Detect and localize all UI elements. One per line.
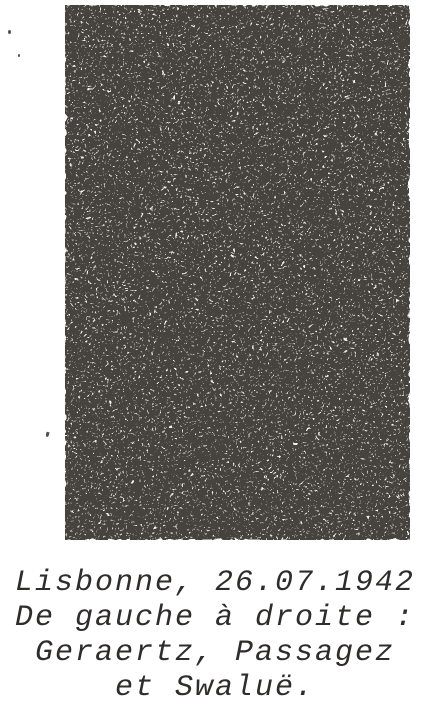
caption-line-names-2: et Swaluë. — [0, 671, 430, 706]
caption-line-left-to-right: De gauche à droite : — [0, 601, 430, 636]
caption-line-names: Geraertz, Passagez — [0, 636, 430, 671]
scanned-page: Lisbonne, 26.07.1942 De gauche à droite … — [0, 0, 430, 715]
caption-line-location-date: Lisbonne, 26.07.1942 — [0, 566, 430, 601]
scan-speck-artifact — [8, 30, 11, 34]
halftone-photo-illustration — [65, 5, 410, 540]
scan-speck-artifact — [18, 54, 20, 57]
scan-speck-artifact — [45, 432, 49, 438]
photo-caption: Lisbonne, 26.07.1942 De gauche à droite … — [0, 566, 430, 706]
photograph — [65, 5, 410, 540]
